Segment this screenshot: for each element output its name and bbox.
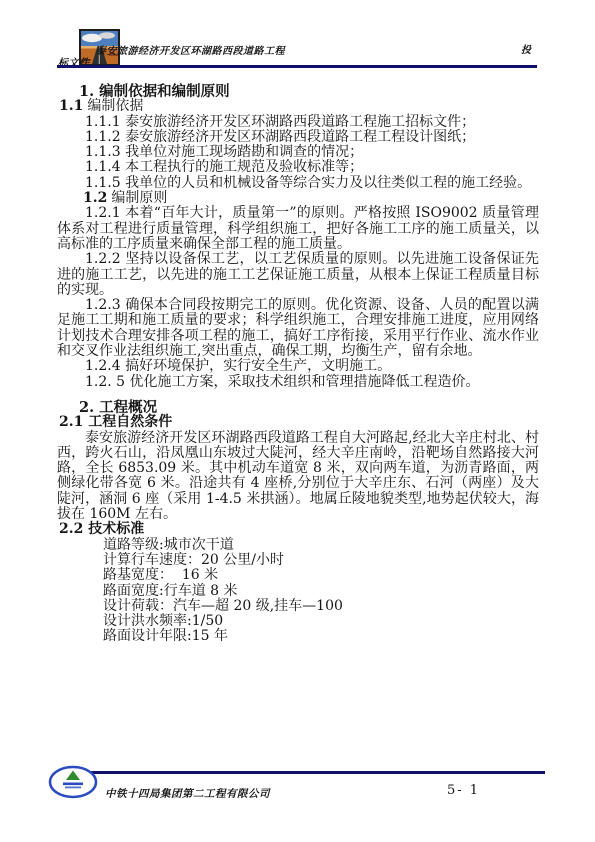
subsection-number-1-1: 1.1 <box>59 98 83 114</box>
paragraph-1-2-5: 1.2. 5 优化施工方案，采取技术组织和管理措施降低工程造价。 <box>57 375 539 390</box>
paragraph-2-1: 泰安旅游经济开发区环湖路西段道路工程自大河路起,经北大辛庄村北、村西，跨火石山，… <box>57 431 539 523</box>
section-heading-2: 2. 工程概况 <box>57 400 539 415</box>
paragraph-1-2-1: 1.2.1 本着“百年大计，质量第一”的原则。严格按照 ISO9002 质量管理… <box>57 206 539 252</box>
list-item-1-1-2: 1.1.2 泰安旅游经济开发区环湖路西段道路工程工程设计图纸； <box>57 130 539 145</box>
spec-line-design-load: 设计荷载：汽车—超 20 级,挂车—100 <box>57 599 539 614</box>
header-rule <box>57 65 537 68</box>
spec-line-pavement-width: 路面宽度:行车道 8 米 <box>57 584 539 599</box>
header-doc-type-first-char: 投 <box>521 41 531 56</box>
document-page: 泰安旅游经济开发区环湖路西段道路工程 投 标文件 1. 编制依据和编制原则 1.… <box>0 0 595 842</box>
subsection-heading-2-2: 2.2 技术标准 <box>57 522 539 537</box>
list-item-1-1-1: 1.1.1 泰安旅游经济开发区环湖路西段道路工程施工招标文件； <box>57 115 539 130</box>
paragraph-1-2-3: 1.2.3 确保本合同段按期完工的原则。优化资源、设备、人员的配置以满足施工工期… <box>57 298 539 359</box>
list-item-1-1-5: 1.1.5 我单位的人员和机械设备等综合实力及以往类似工程的施工经验。 <box>57 176 539 191</box>
paragraph-1-2-4: 1.2.4 搞好环境保护，实行安全生产，文明施工。 <box>57 359 539 374</box>
subsection-heading-1-1: 1.1编制依据 <box>57 99 539 114</box>
section-heading-1: 1. 编制依据和编制原则 <box>57 84 539 99</box>
paragraph-1-2-2: 1.2.2 坚持以设备保工艺，以工艺保质量的原则。以先进施工设备保证先进的施工工… <box>57 252 539 298</box>
page-number: 5- 1 <box>447 783 480 798</box>
list-item-1-1-4: 1.1.4 本工程执行的施工规范及验收标准等； <box>57 160 539 175</box>
header-project-title: 泰安旅游经济开发区环湖路西段道路工程 <box>96 42 285 57</box>
subsection-title-1-2: 编制原则 <box>111 190 167 206</box>
footer-company-name: 中铁十四局集团第二工程有限公司 <box>105 786 270 801</box>
footer-company-logo-icon <box>48 763 100 801</box>
document-body: 1. 编制依据和编制原则 1.1编制依据 1.1.1 泰安旅游经济开发区环湖路西… <box>57 84 539 645</box>
footer-rule <box>57 771 545 774</box>
subsection-heading-2-1: 2.1 工程自然条件 <box>57 415 539 430</box>
subsection-title-1-1: 编制依据 <box>87 98 143 114</box>
spec-line-design-speed: 计算行车速度：20 公里/小时 <box>57 553 539 568</box>
spec-line-roadbed-width: 路基宽度： 16 米 <box>57 568 539 583</box>
mountain-oval-logo-icon <box>48 763 100 801</box>
spec-line-pavement-life: 路面设计年限:15 年 <box>57 629 539 644</box>
spec-line-road-grade: 道路等级:城市次干道 <box>57 538 539 553</box>
subsection-number-1-2: 1.2 <box>83 190 107 206</box>
